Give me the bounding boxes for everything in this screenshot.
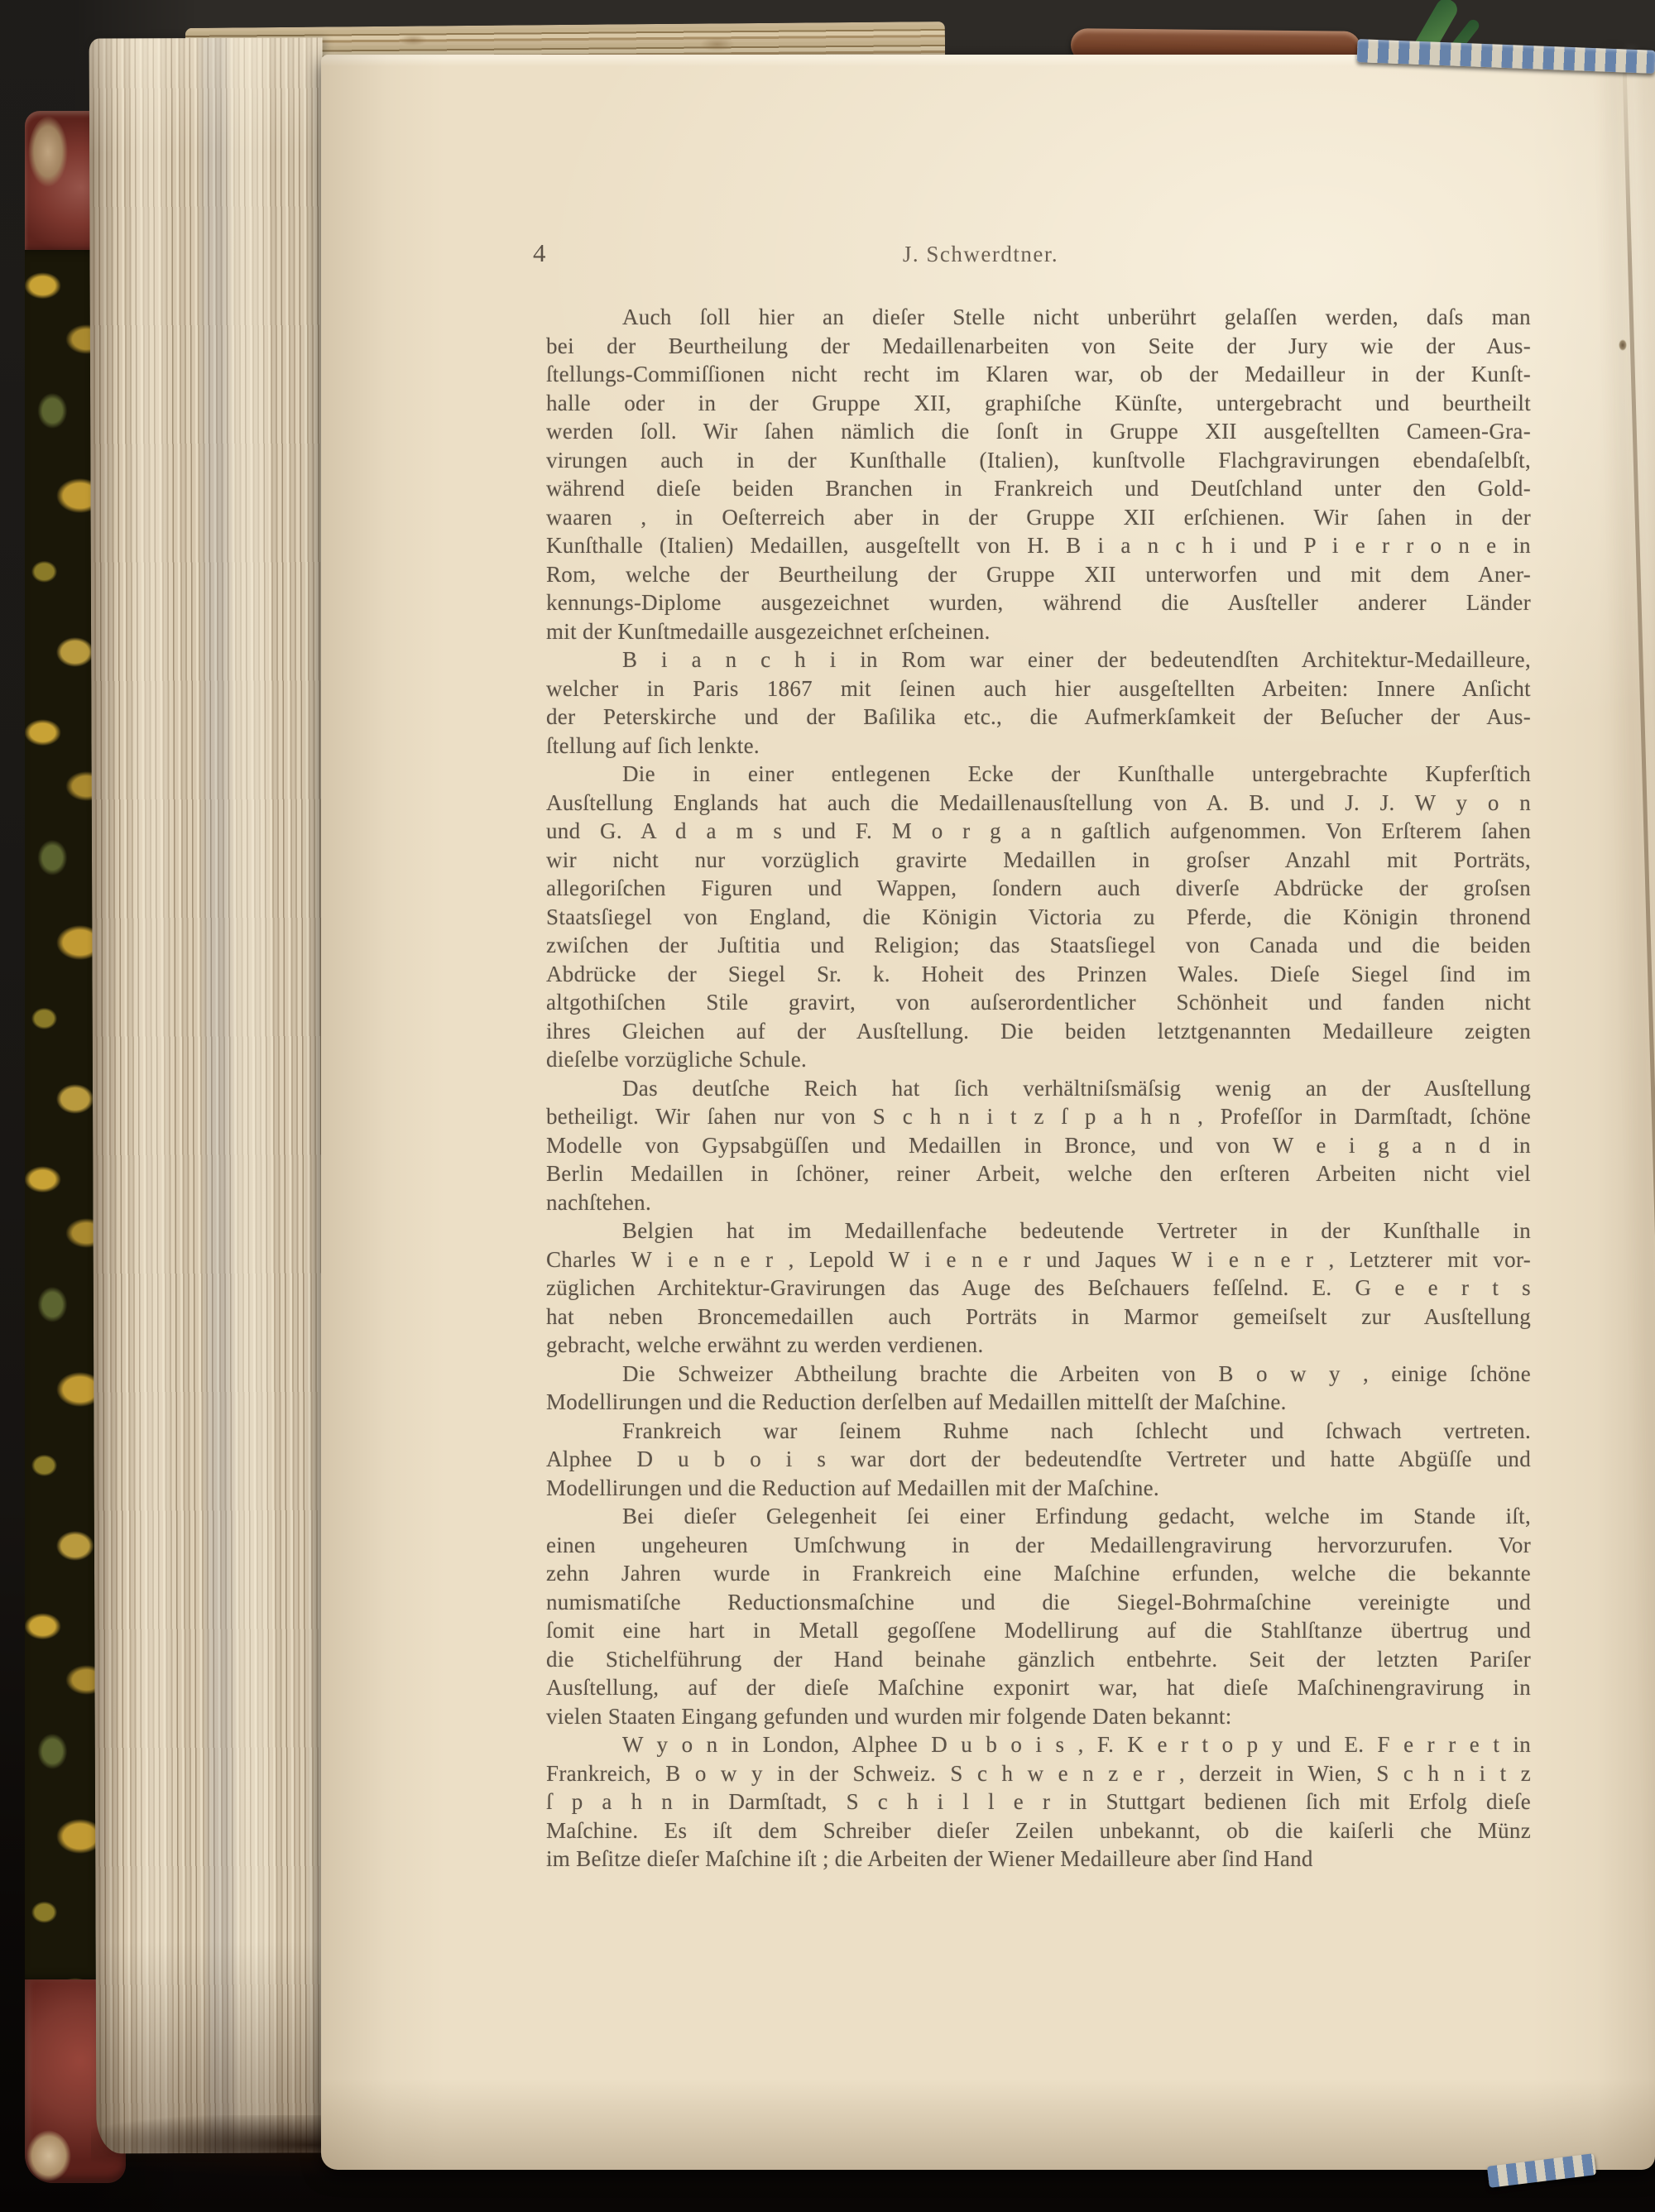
text-line: ihres Gleichen auf der Ausſtellung. Die … — [546, 1017, 1531, 1046]
text-line: ſ p a h n in Darmſtadt, S c h i l l e r … — [546, 1787, 1531, 1816]
text-line: Frankreich, B o w y in der Schweiz. S c … — [546, 1759, 1531, 1788]
text-line: Maſchine. Es iſt dem Schreiber dieſer Ze… — [546, 1816, 1531, 1845]
text-line: die Stichelführung der Hand beinahe gänz… — [546, 1645, 1531, 1674]
text-line: bei der Beurtheilung der Medaillenarbeit… — [546, 332, 1531, 361]
text-line: der Peterskirche und der Baſilika etc., … — [546, 703, 1531, 732]
text-block: Auch ſoll hier an dieſer Stelle nicht un… — [546, 303, 1531, 1874]
text-line: Alphee D u b o i s war dort der bedeuten… — [546, 1445, 1531, 1474]
paragraph: Auch ſoll hier an dieſer Stelle nicht un… — [546, 303, 1531, 645]
text-line: Abdrücke der Siegel Sr. k. Hoheit des Pr… — [546, 960, 1531, 989]
text-line: ſomit eine hart in Metall gegoſſene Mode… — [546, 1616, 1531, 1645]
text-line: gebracht, welche erwähnt zu werden verdi… — [546, 1331, 1531, 1360]
text-line: Modellirungen und die Reduction derſelbe… — [546, 1388, 1531, 1417]
text-line: betheiligt. Wir ſahen nur von S c h n i … — [546, 1102, 1531, 1131]
text-line: halle oder in der Gruppe XII, graphiſche… — [546, 389, 1531, 418]
text-line: ſtellung auf ſich lenkte. — [546, 732, 1531, 761]
page-stack-fore-edges — [89, 38, 330, 2154]
scanned-book-photo: 4 J. Schwerdtner. Auch ſoll hier an dieſ… — [0, 0, 1655, 2212]
text-line: Die in einer entlegenen Ecke der Kunſtha… — [546, 760, 1531, 789]
text-line: hat neben Broncemedaillen auch Porträts … — [546, 1303, 1531, 1332]
text-line: und G. A d a m s und F. M o r g a n gaſt… — [546, 817, 1531, 846]
running-header: J. Schwerdtner. — [546, 242, 1531, 267]
text-line: Charles W i e n e r , Lepold W i e n e r… — [546, 1245, 1531, 1274]
text-line: Staatsſiegel von England, die Königin Vi… — [546, 903, 1531, 932]
paragraph: W y o n in London, Alphee D u b o i s , … — [546, 1730, 1531, 1874]
text-line: allegoriſchen Figuren und Wappen, ſonder… — [546, 874, 1531, 903]
text-line: numismatiſche Reductionsmaſchine und die… — [546, 1588, 1531, 1617]
text-line: während dieſe beiden Branchen in Frankre… — [546, 474, 1531, 503]
book-page: 4 J. Schwerdtner. Auch ſoll hier an dieſ… — [321, 55, 1655, 2170]
text-line: vielen Staaten Eingang gefunden und wurd… — [546, 1702, 1531, 1731]
paragraph: Die in einer entlegenen Ecke der Kunſtha… — [546, 760, 1531, 1074]
text-line: Auch ſoll hier an dieſer Stelle nicht un… — [546, 303, 1531, 332]
text-line: B i a n c h i in Rom war einer der bedeu… — [546, 645, 1531, 674]
paragraph: B i a n c h i in Rom war einer der bedeu… — [546, 645, 1531, 760]
text-line: Das deutſche Reich hat ſich verhältniſsm… — [546, 1074, 1531, 1103]
text-line: altgothiſchen Stile gravirt, von auſsero… — [546, 988, 1531, 1017]
text-line: Ausſtellung Englands hat auch die Medail… — [546, 789, 1531, 818]
text-line: Bei dieſer Gelegenheit ſei einer Erfindu… — [546, 1502, 1531, 1531]
paragraph: Die Schweizer Abtheilung brachte die Arb… — [546, 1360, 1531, 1417]
text-line: wir nicht nur vorzüglich gravirte Medail… — [546, 846, 1531, 875]
text-line: werden ſoll. Wir ſahen nämlich die ſonſt… — [546, 417, 1531, 446]
text-line: einen ungeheuren Umſchwung in der Medail… — [546, 1531, 1531, 1560]
text-line: züglichen Architektur-Gravirungen das Au… — [546, 1274, 1531, 1303]
text-line: kennungs-Diplome ausgezeichnet wurden, w… — [546, 588, 1531, 617]
text-line: mit der Kunſtmedaille ausgezeichnet erſc… — [546, 617, 1531, 646]
text-line: Modelle von Gypsabgüſſen und Medaillen i… — [546, 1131, 1531, 1160]
paragraph: Das deutſche Reich hat ſich verhältniſsm… — [546, 1074, 1531, 1217]
page-number: 4 — [533, 238, 547, 268]
text-line: dieſelbe vorzügliche Schule. — [546, 1045, 1531, 1074]
page-blemish — [1619, 339, 1627, 351]
text-line: nachſtehen. — [546, 1188, 1531, 1217]
text-line: welcher in Paris 1867 mit ſeinen auch hi… — [546, 674, 1531, 703]
text-line: ſtellungs-Commiſſionen nicht recht im Kl… — [546, 360, 1531, 389]
text-line: Frankreich war ſeinem Ruhme nach ſchlech… — [546, 1417, 1531, 1446]
text-line: Kunſthalle (Italien) Medaillen, ausgeſte… — [546, 531, 1531, 560]
text-line: zwiſchen der Juſtitia und Religion; das … — [546, 931, 1531, 960]
text-line: virungen auch in der Kunſthalle (Italien… — [546, 446, 1531, 475]
text-line: W y o n in London, Alphee D u b o i s , … — [546, 1730, 1531, 1759]
text-line: zehn Jahren wurde in Frankreich eine Maſ… — [546, 1559, 1531, 1588]
text-line: waaren , in Oeſterreich aber in der Grup… — [546, 503, 1531, 532]
paragraph: Belgien hat im Medaillenfache bedeutende… — [546, 1216, 1531, 1360]
text-line: Ausſtellung, auf der dieſe Maſchine expo… — [546, 1673, 1531, 1702]
paragraph: Bei dieſer Gelegenheit ſei einer Erfindu… — [546, 1502, 1531, 1730]
leather-corner-top-wear-patch — [28, 116, 68, 187]
text-line: Die Schweizer Abtheilung brachte die Arb… — [546, 1360, 1531, 1389]
paragraph: Frankreich war ſeinem Ruhme nach ſchlech… — [546, 1417, 1531, 1503]
gutter-crease — [1622, 51, 1655, 2177]
text-line: Modellirungen und die Reduction auf Meda… — [546, 1474, 1531, 1503]
text-line: Berlin Medaillen in ſchöner, reiner Arbe… — [546, 1159, 1531, 1188]
text-line: Belgien hat im Medaillenfache bedeutende… — [546, 1216, 1531, 1245]
text-line: Rom, welche der Beurtheilung der Gruppe … — [546, 560, 1531, 589]
text-line: im Beſitze dieſer Maſchine iſt ; die Arb… — [546, 1845, 1531, 1874]
